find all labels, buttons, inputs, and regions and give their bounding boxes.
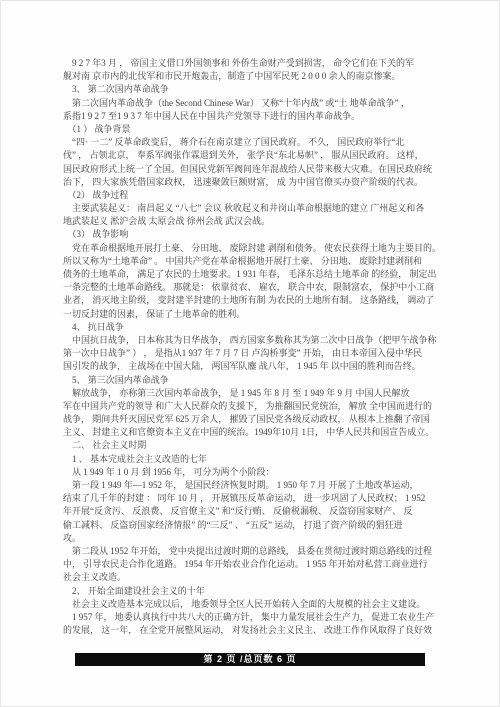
text-line: 党在革命根据地开展打土豪、 分田地、 废除封建 剥削和债务。 使农民获得土地为主… (63, 242, 447, 255)
text-line: 1 957 年， 地委认真执行中共八大的正确方针， 集中力量发展社会生产力， 促… (63, 611, 447, 624)
text-line: 舰对南 京市内的北伐军和市民开炮轰击，制造了中国军民死 2 0 0 0 余人的南… (63, 70, 447, 83)
text-line: 年开展“反贪污、 反浪费、 反官僚主义” 和“反行贿、 反偷税漏税、 反盗窃国家… (63, 505, 447, 518)
text-line: 第二次国内革命战争（the Second Chinese War） 又称“十年内… (63, 97, 447, 110)
text-line: 3、 第二次国内革命战争 (63, 83, 447, 96)
text-line: 2、 开始全面建设社会主义的十年 (63, 585, 447, 598)
text-line: 二、 社会主义时期 (63, 439, 447, 452)
text-line: 所以又称为“土地革命” 。 中国共产党在革命根据地开展打土豪、 分田地、 废除封… (63, 255, 447, 268)
text-line: 解放战争， 亦称第三次国内革命战争， 是 1 945 年 8 月 至 1 949… (63, 387, 447, 400)
text-line: 债务的土地革命， 满足了农民的土地要求。1 931 年春， 毛泽东总结土地革命 … (63, 268, 447, 281)
text-line: 一条完整的土地革命路线。 那就是： 依靠贫农、 雇农， 联合中农，限制富农， 保… (63, 281, 447, 294)
text-line: 国民政府形式上统一了全国。但国民党新军阀间连年混战给人民带来极大灾难。在国民政府… (63, 163, 447, 176)
text-line: 伐” ， 占领北京， 奉系军阀张作霖退到关外， 张学良“东北易帜” ， 服从国民… (63, 149, 447, 162)
text-line: （1 ） 战争背景 (63, 123, 447, 136)
text-line: 的发展， 这一年， 在全党开展整风运动， 对发扬社会主义民主、 改进工作作风取得… (63, 624, 447, 637)
text-line: 结束了几千年的封建 ： 同年 10 月 ， 开展镇压反革命运动， 进一步巩固了人… (63, 492, 447, 505)
text-line: 社会主义改造基本完成以后， 地委领导全区人民开始转入全面的大规模的社会主义建设。 (63, 598, 447, 611)
text-line: 治下， 四大家族凭借国家政权， 迅速聚敛巨额财富， 成 为中国官僚买办资产阶级的… (63, 176, 447, 189)
text-line: （3） 战争影响 (63, 228, 447, 241)
text-line: 偷工减料、 反盗窃国家经济情报” 的“三反” 、 “五反” 运动， 打退了资产阶… (63, 519, 447, 532)
text-line: 攻。 (63, 532, 447, 545)
text-line: 5、 第三次国内革命战争 (63, 374, 447, 387)
text-line: 中， 引导农民走合作化道路。 1954 年开始农业合作化运动。 1 955 年开… (63, 558, 447, 571)
text-line: 社会主义改造。 (63, 571, 447, 584)
text-line: 国引发的战争， 主战场在中国大陆， 两国军队鏖 战八年， 1 945 年 以中国… (63, 360, 447, 373)
text-line: 第一次中日战争” ） ， 是指从1 937 年 7 月 7 日 卢沟桥事变” 开… (63, 347, 447, 360)
text-line: 第二段从 1952 年开始， 党中央提出过渡时期的总路线， 县委在贯彻过渡时期总… (63, 545, 447, 558)
text-line: 战争， 期间共歼灭国民党军 625 万余人， 摧毁了国民党各级反动政权， 从根本… (63, 413, 447, 426)
page-indicator-bar: 第 2 页 /总页数 6 页 (75, 653, 425, 666)
page-indicator-label: 第 2 页 /总页数 6 页 (203, 654, 296, 664)
text-line: 9 2 7 年3 月 ， 帝国主义借口外国领事和 外侨生命财产受到损害， 命令它… (63, 57, 447, 70)
text-line: 业者， 消灭地主阶级， 变封建半封建的土地所有制 为农民的土地所有制。 这条路线… (63, 294, 447, 307)
text-line: 主义、 封建主义和官僚资本主义在中国的统治。1949年10月 1日， 中华人民共… (63, 426, 447, 439)
text-line: （2） 战争过程 (63, 189, 447, 202)
document-page-text: 9 2 7 年3 月 ， 帝国主义借口外国领事和 外侨生命财产受到损害， 命令它… (63, 57, 447, 637)
text-line: 1 、 基本完成社会主义改造的七年 (63, 453, 447, 466)
text-line: 地武装起义 淞沪会战 太原会战 徐州会战 武汉会战。 (63, 215, 447, 228)
text-line: 主要武装起义： 南昌起义 “八七” 会议 秋收起义和井岗山革命根据地的建立 广州… (63, 202, 447, 215)
document-viewer: 9 2 7 年3 月 ， 帝国主义借口外国领事和 外侨生命财产受到损害， 命令它… (0, 0, 500, 707)
text-line: “四· 一二” 反革命政变后， 蒋介石在南京建立了国民政府。 不久， 国民政府举… (63, 136, 447, 149)
text-line: 军在中国共产党的领导 和广大人民群众的支援下， 为推翻国民党统治， 解放 全中国… (63, 400, 447, 413)
text-line: 4、 抗日战争 (63, 321, 447, 334)
text-line: 第一段 1 949 年—1 952 年， 是国民经济恢复时期。 1 950 年 … (63, 479, 447, 492)
text-line: 从 1 949 年 1 0 月 到 1956 年， 可分为两个小阶段： (63, 466, 447, 479)
text-line: 中国抗日战争， 日本称其为日华战争， 西方国家多数称其为第二次中日战争（把甲午战… (63, 334, 447, 347)
text-line: 系指1 9 2 7 至1 9 3 7 年中国人民在中国共产党领导下进行的国内革命… (63, 110, 447, 123)
text-line: 一切反封建的因素， 保证了土地革命的胜利。 (63, 308, 447, 321)
